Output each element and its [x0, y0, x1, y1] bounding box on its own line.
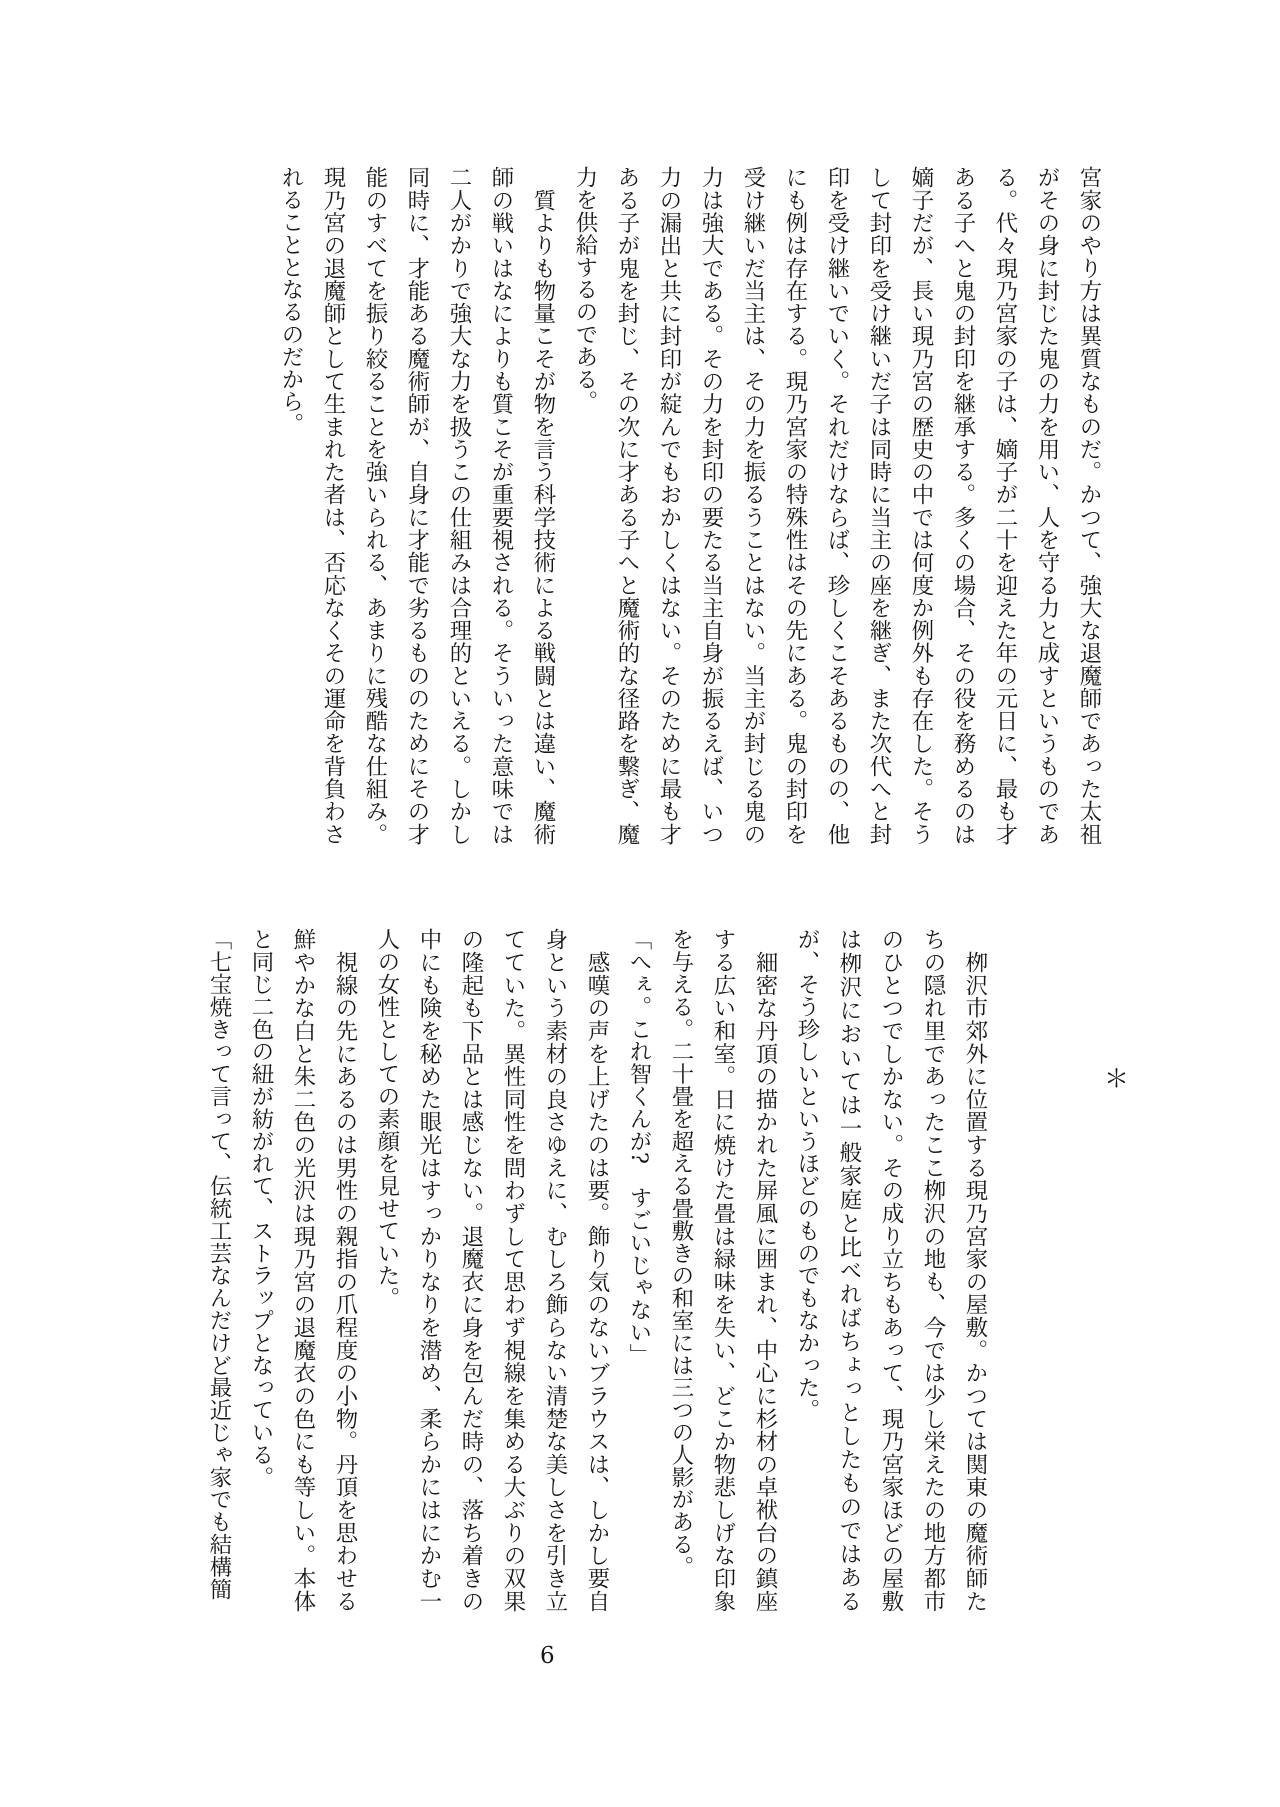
paragraph: 栁沢市郊外に位置する現乃宮家の屋敷。かつては関東の魔術師たちの隠れ里であったここ… [786, 928, 996, 1612]
paragraph: 「七宝焼きって言って、伝統工芸なんだけど最近じゃ家でも結構簡 [198, 928, 240, 1612]
paragraph: 感嘆の声を上げたのは要。飾り気のないブラウスは、しかし要自身という素材の良さゆえ… [366, 928, 618, 1612]
page-number: 6 [540, 1642, 555, 1670]
section-separator: ＊ [1104, 1066, 1129, 1091]
paragraph: 細密な丹頂の描かれた屏風に囲まれ、中心に杉材の卓袱台の鎮座する広い和室。日に焼け… [660, 928, 786, 1612]
paragraph: 質よりも物量こそが物を言う科学技術による戦闘とは違い、魔術師の戦いはなによりも質… [270, 166, 564, 845]
paragraph: 「へぇ。これ智くんが? すごいじゃない」 [618, 928, 660, 1612]
paragraph: 視線の先にあるのは男性の親指の爪程度の小物。丹頂を思わせる鮮やかな白と朱二色の光… [240, 928, 366, 1612]
upper-text-block: 宮家のやり方は異質なものだ。かつて、強大な退魔師であった太祖がその身に封じた鬼の… [264, 166, 1110, 845]
paragraph: 宮家のやり方は異質なものだ。かつて、強大な退魔師であった太祖がその身に封じた鬼の… [564, 166, 1110, 845]
lower-text-block: 栁沢市郊外に位置する現乃宮家の屋敷。かつては関東の魔術師たちの隠れ里であったここ… [202, 928, 996, 1612]
